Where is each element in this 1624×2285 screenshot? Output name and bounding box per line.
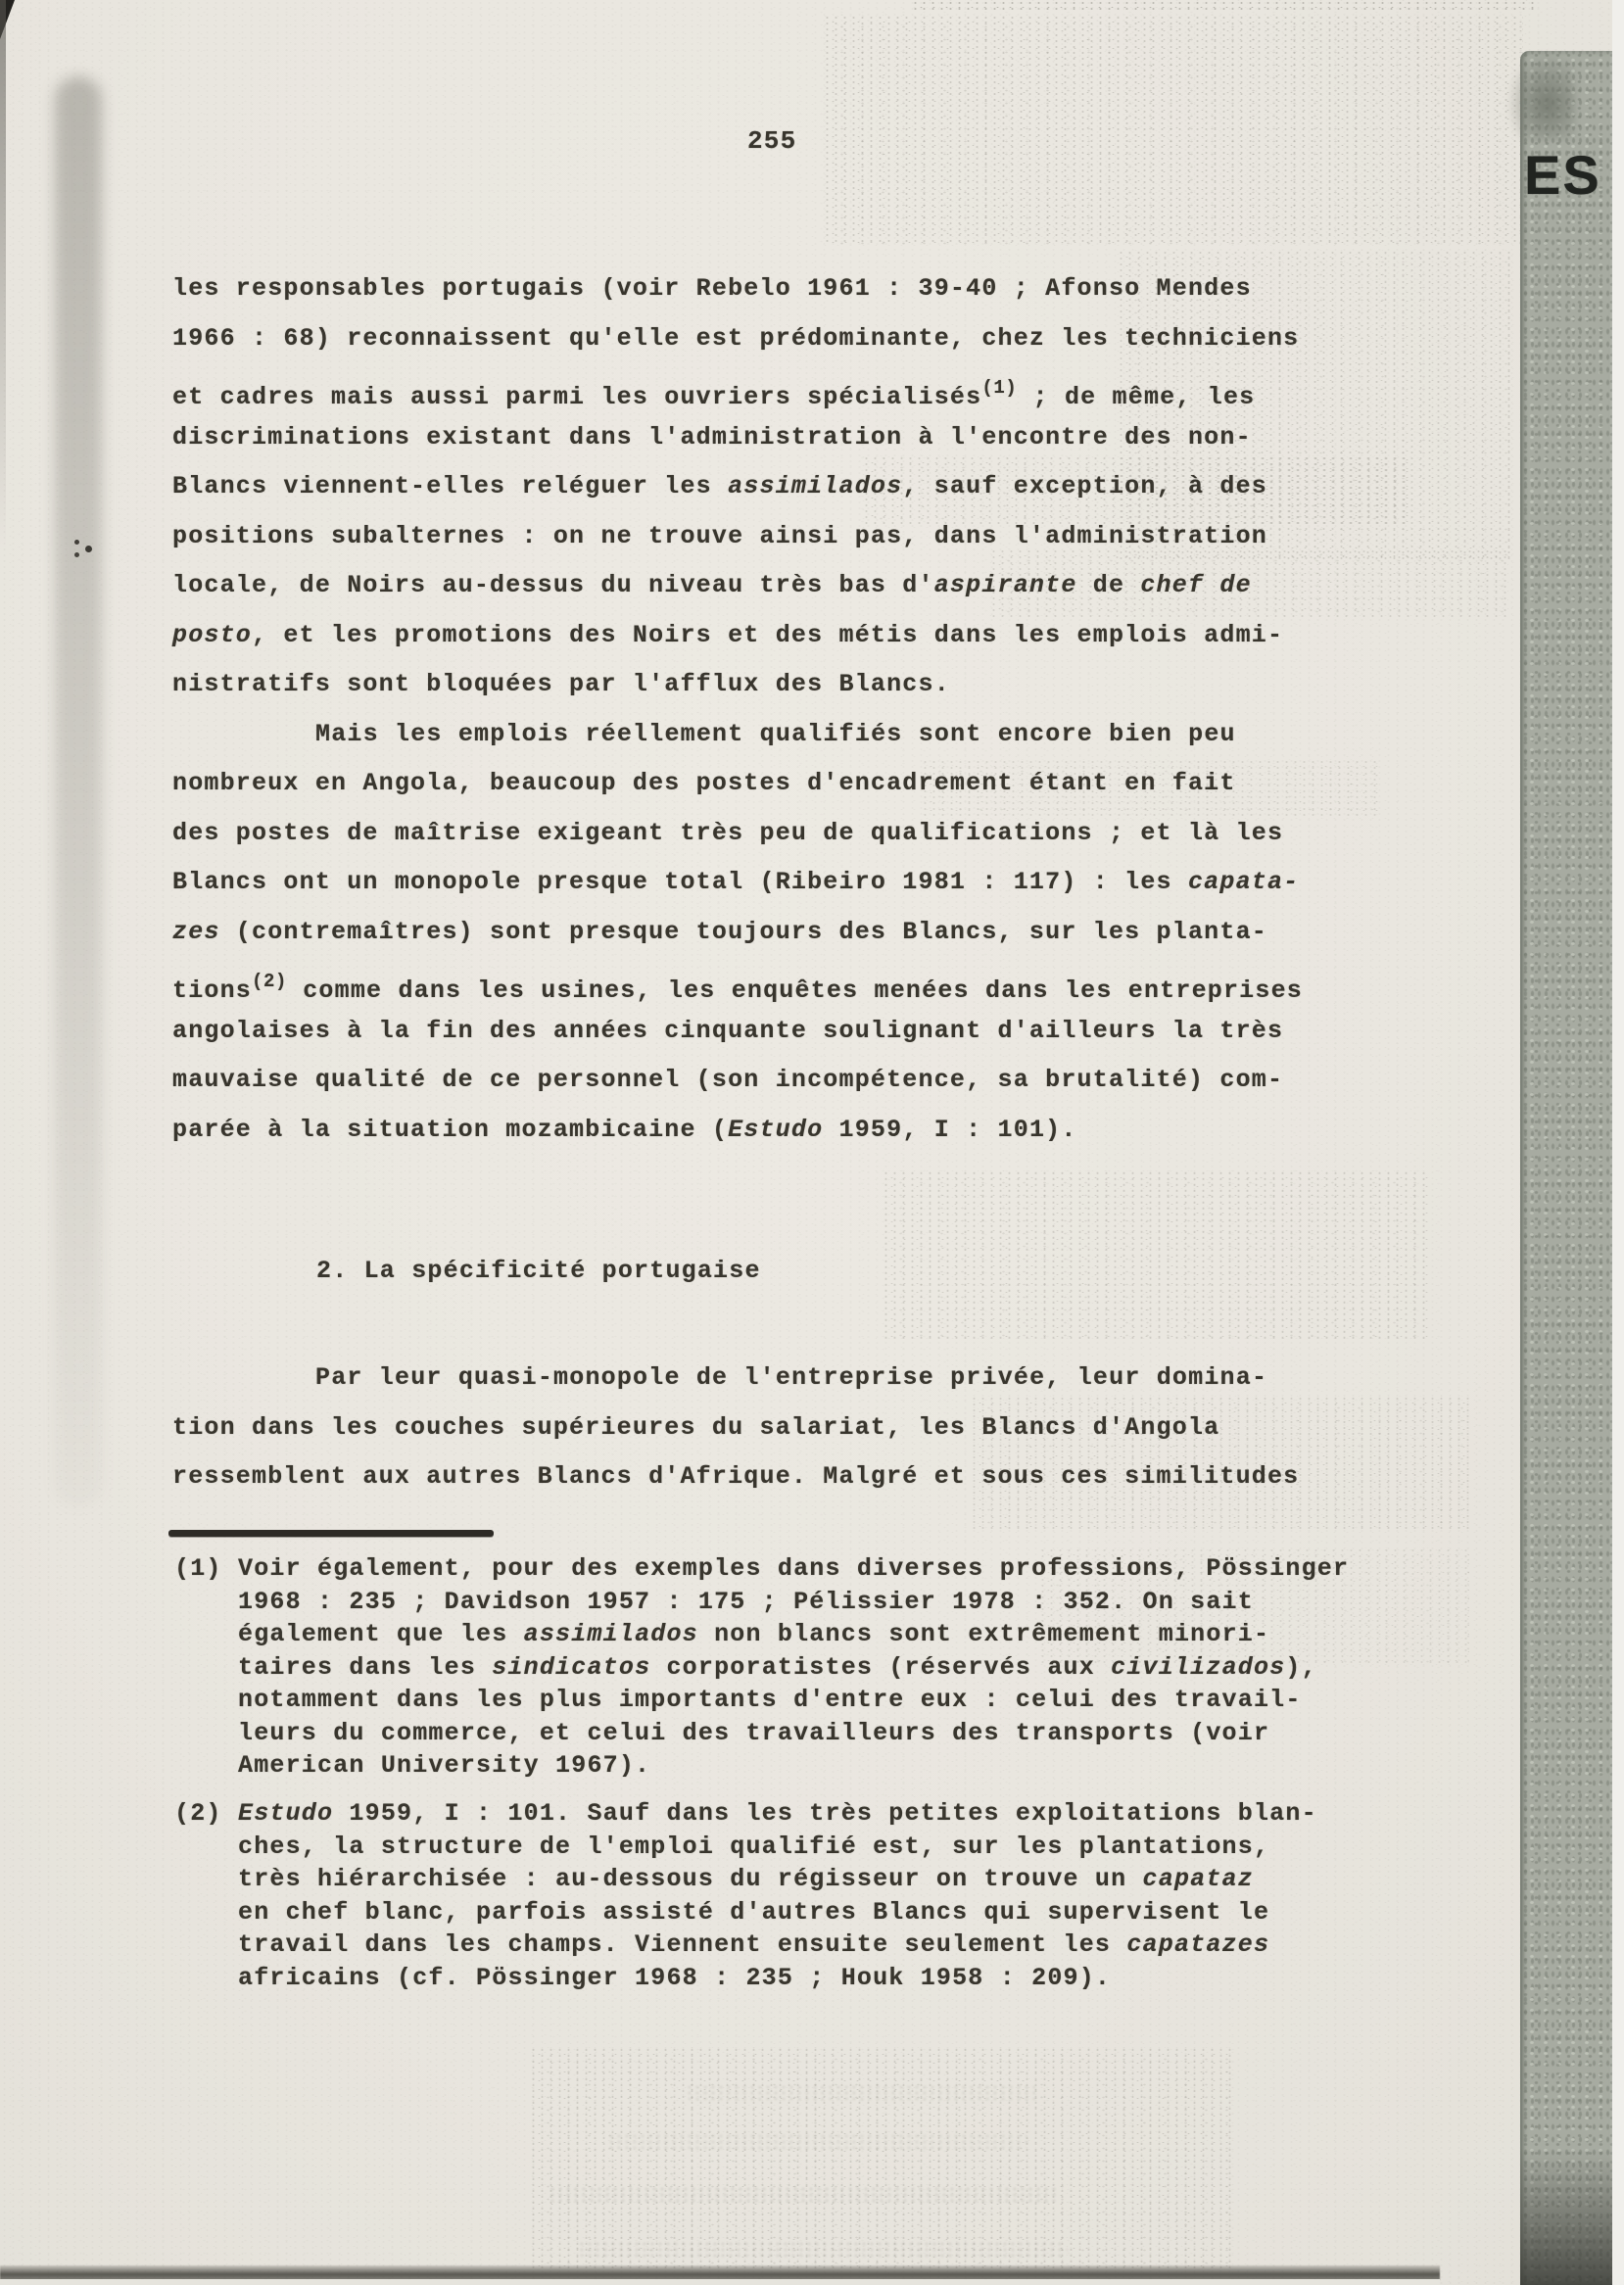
italic-term: Estudo bbox=[728, 1116, 823, 1144]
text-line: Par leur quasi-monopole de l'entreprise … bbox=[172, 1354, 1387, 1404]
text-run: 1968 : 235 ; Davidson 1957 : 175 ; Pélis… bbox=[238, 1588, 1254, 1616]
body-text-block-2: Par leur quasi-monopole de l'entreprise … bbox=[172, 1354, 1387, 1502]
text-line: ressemblent aux autres Blancs d'Afrique.… bbox=[172, 1452, 1387, 1502]
text-line: American University 1967). bbox=[238, 1749, 1428, 1783]
italic-term: capata- bbox=[1188, 868, 1299, 896]
text-run: angolaises à la fin des années cinquante… bbox=[172, 1017, 1283, 1045]
text-line: des postes de maîtrise exigeant très peu… bbox=[172, 809, 1377, 859]
text-run: et cadres mais aussi parmi les ouvriers … bbox=[172, 383, 981, 411]
text-run: comme dans les usines, les enquêtes mené… bbox=[287, 976, 1303, 1005]
text-run: nombreux en Angola, beaucoup des postes … bbox=[172, 769, 1236, 797]
italic-term: assimilados bbox=[524, 1620, 698, 1648]
bleedthrough-text-smudge bbox=[549, 2186, 1058, 2203]
footnote-2: (2) Estudo 1959, I : 101. Sauf dans les … bbox=[174, 1797, 1428, 1994]
text-run: Mais les emplois réellement qualifiés so… bbox=[315, 720, 1236, 748]
footnote-1-text: Voir également, pour des exemples dans d… bbox=[238, 1552, 1428, 1783]
text-line: Blancs viennent-elles reléguer les assim… bbox=[172, 462, 1377, 512]
text-run: mauvaise qualité de ce personnel (son in… bbox=[172, 1066, 1283, 1094]
section-heading: 2. La spécificité portugaise bbox=[316, 1254, 761, 1289]
scan-right-margin bbox=[1612, 0, 1624, 2285]
text-line: mauvaise qualité de ce personnel (son in… bbox=[172, 1056, 1377, 1106]
footnote-2-text: Estudo 1959, I : 101. Sauf dans les très… bbox=[238, 1797, 1428, 1994]
text-line: Estudo 1959, I : 101. Sauf dans les très… bbox=[238, 1797, 1428, 1831]
text-run: africains (cf. Pössinger 1968 : 235 ; Ho… bbox=[238, 1964, 1111, 1992]
text-line: nombreux en Angola, beaucoup des postes … bbox=[172, 759, 1377, 809]
italic-term: zes bbox=[172, 918, 220, 946]
scan-edge-band bbox=[1520, 51, 1614, 2285]
edge-tab-label: ES bbox=[1524, 143, 1601, 207]
italic-term: assimilados bbox=[728, 472, 902, 500]
text-run: taires dans les bbox=[238, 1653, 492, 1682]
text-run: travail dans les champs. Viennent ensuit… bbox=[238, 1930, 1126, 1959]
text-run: ; de même, les bbox=[1017, 383, 1255, 411]
text-run: ), bbox=[1285, 1653, 1316, 1682]
text-run: corporatistes (réservés aux bbox=[650, 1653, 1111, 1682]
text-run: en chef blanc, parfois assisté d'autres … bbox=[238, 1898, 1269, 1927]
text-line: 1968 : 235 ; Davidson 1957 : 175 ; Pélis… bbox=[238, 1586, 1428, 1619]
bleedthrough-text-smudge bbox=[607, 2133, 1028, 2150]
text-line: leurs du commerce, et celui des travaill… bbox=[238, 1717, 1428, 1750]
text-run: tions bbox=[172, 976, 252, 1005]
text-line: tions(2) comme dans les usines, les enqu… bbox=[172, 957, 1377, 1007]
italic-term: sindicatos bbox=[492, 1653, 650, 1682]
text-run: tion dans les couches supérieures du sal… bbox=[172, 1413, 1219, 1442]
text-line: nistratifs sont bloquées par l'afflux de… bbox=[172, 660, 1377, 710]
bleedthrough-noise bbox=[882, 1170, 1430, 1342]
italic-term: posto bbox=[172, 621, 252, 649]
text-run: discriminations existant dans l'administ… bbox=[172, 423, 1252, 452]
text-line: discriminations existant dans l'administ… bbox=[172, 413, 1377, 463]
text-line: tion dans les couches supérieures du sal… bbox=[172, 1404, 1387, 1453]
text-line: africains (cf. Pössinger 1968 : 235 ; Ho… bbox=[238, 1962, 1428, 1995]
text-line: travail dans les champs. Viennent ensuit… bbox=[238, 1928, 1428, 1962]
text-line: Voir également, pour des exemples dans d… bbox=[238, 1552, 1428, 1586]
footnote-2-label: (2) bbox=[174, 1797, 222, 1831]
text-line: angolaises à la fin des années cinquante… bbox=[172, 1007, 1377, 1057]
text-line: parée à la situation mozambicaine (Estud… bbox=[172, 1106, 1377, 1156]
text-run: parée à la situation mozambicaine ( bbox=[172, 1116, 728, 1144]
text-run: de bbox=[1077, 571, 1141, 599]
footnote-reference-mark: (2) bbox=[252, 971, 287, 992]
text-line: Blancs ont un monopole presque total (Ri… bbox=[172, 858, 1377, 908]
text-line: zes (contremaîtres) sont presque toujour… bbox=[172, 908, 1377, 958]
bleedthrough-text-smudge bbox=[686, 2084, 1038, 2101]
italic-term: capataz bbox=[1143, 1865, 1254, 1893]
text-run: des postes de maîtrise exigeant très peu… bbox=[172, 819, 1283, 847]
text-run: American University 1967). bbox=[238, 1751, 650, 1780]
scan-top-edge-specks bbox=[911, 0, 1538, 10]
text-run: 1959, I : 101. Sauf dans les très petite… bbox=[333, 1799, 1317, 1828]
text-line: locale, de Noirs au-dessus du niveau trè… bbox=[172, 561, 1377, 611]
text-line: également que les assimilados non blancs… bbox=[238, 1618, 1428, 1651]
footnote-1-label: (1) bbox=[174, 1552, 222, 1586]
scanned-document-page: 255 les responsables portugais (voir Reb… bbox=[0, 0, 1624, 2285]
text-line: Mais les emplois réellement qualifiés so… bbox=[172, 710, 1377, 760]
text-run: très hiérarchisée : au-dessous du régiss… bbox=[238, 1865, 1143, 1893]
bleedthrough-noise bbox=[529, 2047, 1234, 2272]
bleedthrough-noise bbox=[823, 15, 1523, 245]
text-run: ressemblent aux autres Blancs d'Afrique.… bbox=[172, 1462, 1299, 1491]
scan-left-edge-line bbox=[0, 0, 6, 548]
text-run: également que les bbox=[238, 1620, 524, 1648]
italic-term: capatazes bbox=[1126, 1930, 1269, 1959]
italic-term: chef de bbox=[1140, 571, 1251, 599]
italic-term: aspirante bbox=[934, 571, 1077, 599]
text-run: nistratifs sont bloquées par l'afflux de… bbox=[172, 670, 950, 698]
footnote-reference-mark: (1) bbox=[981, 377, 1017, 399]
margin-ink-mark bbox=[74, 540, 79, 545]
text-run: Blancs viennent-elles reléguer les bbox=[172, 472, 728, 500]
text-line: très hiérarchisée : au-dessous du régiss… bbox=[238, 1863, 1428, 1896]
scan-bottom-edge-light bbox=[0, 2279, 1440, 2285]
binding-shadow-smudge bbox=[55, 76, 102, 1506]
italic-term: civilizados bbox=[1111, 1653, 1285, 1682]
body-text-block-1: les responsables portugais (voir Rebelo … bbox=[172, 264, 1377, 1155]
text-run: (contremaîtres) sont presque toujours de… bbox=[220, 918, 1267, 946]
footnote-1: (1) Voir également, pour des exemples da… bbox=[174, 1552, 1428, 1783]
text-line: et cadres mais aussi parmi les ouvriers … bbox=[172, 363, 1377, 413]
text-line: 1966 : 68) reconnaissent qu'elle est pré… bbox=[172, 314, 1377, 364]
text-line: posto, et les promotions des Noirs et de… bbox=[172, 611, 1377, 661]
text-run: Blancs ont un monopole presque total (Ri… bbox=[172, 868, 1188, 896]
page-number: 255 bbox=[747, 121, 796, 161]
text-run: les responsables portugais (voir Rebelo … bbox=[172, 274, 1252, 303]
text-line: taires dans les sindicatos corporatistes… bbox=[238, 1651, 1428, 1685]
text-line: notamment dans les plus importants d'ent… bbox=[238, 1684, 1428, 1717]
bleedthrough-text-smudge bbox=[578, 2241, 1068, 2258]
text-run: , et les promotions des Noirs et des mét… bbox=[252, 621, 1283, 649]
text-run: ches, la structure de l'emploi qualifié … bbox=[238, 1833, 1269, 1861]
text-run: Par leur quasi-monopole de l'entreprise … bbox=[315, 1363, 1267, 1392]
text-run: notamment dans les plus importants d'ent… bbox=[238, 1686, 1302, 1714]
italic-term: Estudo bbox=[238, 1799, 333, 1828]
text-line: en chef blanc, parfois assisté d'autres … bbox=[238, 1896, 1428, 1929]
text-run: positions subalternes : on ne trouve ain… bbox=[172, 522, 1267, 550]
text-line: positions subalternes : on ne trouve ain… bbox=[172, 512, 1377, 562]
text-run: leurs du commerce, et celui des travaill… bbox=[238, 1719, 1269, 1747]
text-run: 1959, I : 101). bbox=[823, 1116, 1076, 1144]
text-run: non blancs sont extrêmement minori- bbox=[698, 1620, 1269, 1648]
text-run: locale, de Noirs au-dessus du niveau trè… bbox=[172, 571, 934, 599]
scan-bottom-edge-shadow bbox=[0, 2265, 1440, 2280]
text-run: , sauf exception, à des bbox=[902, 472, 1267, 500]
text-line: ches, la structure de l'emploi qualifié … bbox=[238, 1831, 1428, 1864]
footnote-separator-rule bbox=[168, 1530, 494, 1537]
text-line: les responsables portugais (voir Rebelo … bbox=[172, 264, 1377, 314]
text-run: Voir également, pour des exemples dans d… bbox=[238, 1554, 1349, 1583]
text-run: 1966 : 68) reconnaissent qu'elle est pré… bbox=[172, 324, 1299, 353]
